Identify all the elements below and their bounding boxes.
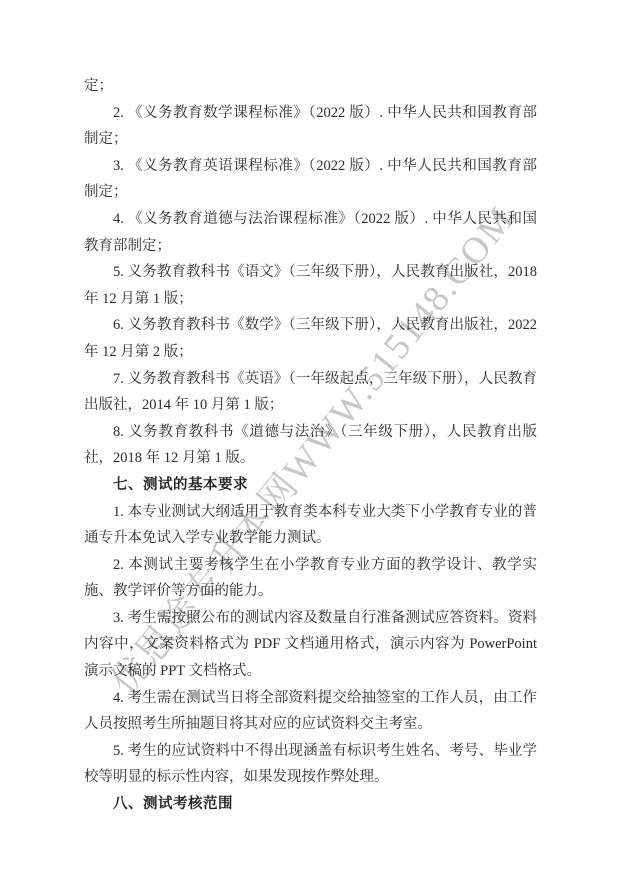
reference-item-3: 3. 《义务教育英语课程标准》（2022 版）. 中华人民共和国教育部制定； <box>84 153 537 206</box>
section-heading-seven: 七、测试的基本要求 <box>84 472 537 499</box>
reference-item-7: 7. 义务教育教科书《英语》（一年级起点，三年级下册），人民教育出版社，2014… <box>84 366 537 419</box>
reference-item-2: 2. 《义务教育数学课程标准》（2022 版）. 中华人民共和国教育部制定； <box>84 100 537 153</box>
document-page: 优思途专升本网WWW.515148.COM 定； 2. 《义务教育数学课程标准》… <box>0 0 620 876</box>
section-heading-eight: 八、测试考核范围 <box>84 791 537 818</box>
reference-item-4: 4. 《义务教育道德与法治课程标准》（2022 版）. 中华人民共和国教育部制定… <box>84 206 537 259</box>
requirement-item-2: 2. 本测试主要考核学生在小学教育专业方面的教学设计、教学实施、教学评价等方面的… <box>84 552 537 605</box>
reference-item-5: 5. 义务教育教科书《语文》（三年级下册），人民教育出版社，2018 年 12 … <box>84 259 537 312</box>
requirement-item-1: 1. 本专业测试大纲适用于教育类本科专业大类下小学教育专业的普通专升本免试入学专… <box>84 499 537 552</box>
requirement-item-3: 3. 考生需按照公布的测试内容及数量自行准备测试应答资料。资料内容中，文案资料格… <box>84 605 537 685</box>
paragraph-carryover: 定； <box>84 73 537 100</box>
document-body: 定； 2. 《义务教育数学课程标准》（2022 版）. 中华人民共和国教育部制定… <box>84 73 537 818</box>
reference-item-8: 8. 义务教育教科书《道德与法治》（三年级下册），人民教育出版社，2018 年 … <box>84 419 537 472</box>
requirement-item-4: 4. 考生需在测试当日将全部资料提交给抽签室的工作人员，由工作人员按照考生所抽题… <box>84 685 537 738</box>
reference-item-6: 6. 义务教育教科书《数学》（三年级下册），人民教育出版社，2022 年 12 … <box>84 312 537 365</box>
requirement-item-5: 5. 考生的应试资料中不得出现涵盖有标识考生姓名、考号、毕业学校等明显的标示性内… <box>84 738 537 791</box>
